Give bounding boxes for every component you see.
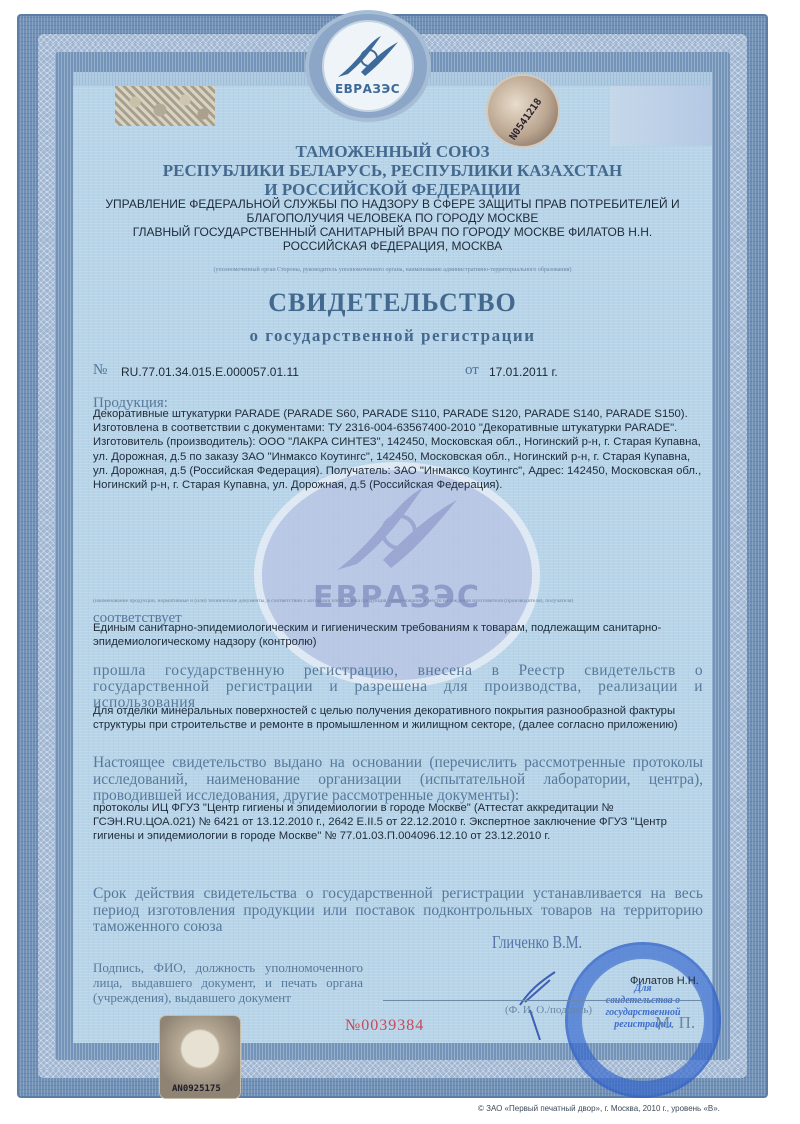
official-stamp: Для свидетельства о государственной реги… — [565, 942, 721, 1098]
handwritten-signer-name: Гличенко В.М. — [492, 932, 582, 953]
union-title-line: РЕСПУБЛИКИ БЕЛАРУСЬ, РЕСПУБЛИКИ КАЗАХСТА… — [73, 161, 712, 180]
eurasec-emblem: ЕВРАЗЭС — [305, 12, 430, 120]
eurasec-logo-icon — [333, 32, 403, 82]
union-title-line: ТАМОЖЕННЫЙ СОЮЗ — [73, 142, 712, 161]
number-label: № — [93, 362, 107, 379]
emblem-text: ЕВРАЗЭС — [305, 82, 430, 96]
hologram-strip — [115, 86, 215, 126]
usage-scope: Для отделки минеральных поверхностей с ц… — [93, 704, 703, 732]
decorative-tint — [610, 86, 712, 146]
certificate-subtitle: о государственной регистрации — [73, 326, 712, 346]
fio-caption: (Ф. И. О./подпись) — [505, 1004, 592, 1016]
basis-label: Настоящее свидетельство выдано на основа… — [93, 755, 703, 805]
printer-credit: © ЗАО «Первый печатный двор», г. Москва,… — [478, 1104, 720, 1113]
hologram-seal-top: N0541218 — [488, 76, 558, 146]
agency-line: РОССИЙСКАЯ ФЕДЕРАЦИЯ, МОСКВА — [73, 239, 712, 253]
basis-documents: протоколы ИЦ ФГУЗ "Центр гигиены и эпиде… — [93, 801, 703, 844]
signer-name: Филатов Н.Н. — [630, 975, 699, 987]
product-caption: (наименование продукции, нормативные и (… — [93, 598, 703, 604]
form-serial-number: №0039384 — [345, 1017, 424, 1035]
agency-line: БЛАГОПОЛУЧИЯ ЧЕЛОВЕКА ПО ГОРОДУ МОСКВЕ — [73, 211, 712, 225]
certificate-number: RU.77.01.34.015.Е.000057.01.11 — [121, 365, 299, 379]
watermark-logo-icon — [312, 480, 482, 580]
issuing-agency: УПРАВЛЕНИЕ ФЕДЕРАЛЬНОЙ СЛУЖБЫ ПО НАДЗОРУ… — [73, 197, 712, 253]
hologram-serial: N0541218 — [508, 97, 545, 143]
certificate-title: СВИДЕТЕЛЬСТВО — [73, 288, 712, 318]
union-title: ТАМОЖЕННЫЙ СОЮЗ РЕСПУБЛИКИ БЕЛАРУСЬ, РЕС… — [73, 142, 712, 199]
hologram-serial: AN0925175 — [172, 1084, 221, 1094]
seal-place-label: М. П. — [655, 1013, 695, 1033]
signature-caption: Подпись, ФИО, должность уполномоченного … — [93, 960, 363, 1005]
agency-line: УПРАВЛЕНИЕ ФЕДЕРАЛЬНОЙ СЛУЖБЫ ПО НАДЗОРУ… — [73, 197, 712, 211]
signature-line — [383, 1000, 703, 1001]
authority-caption: (уполномоченный орган Стороны, руководит… — [73, 267, 712, 273]
validity-statement: Срок действия свидетельства о государств… — [93, 886, 703, 936]
agency-line: ГЛАВНЫЙ ГОСУДАРСТВЕННЫЙ САНИТАРНЫЙ ВРАЧ … — [73, 225, 712, 239]
compliance-text: Единым санитарно-эпидемиологическим и ги… — [93, 621, 703, 649]
product-description: Декоративные штукатурки PARADE (PARADE S… — [93, 407, 703, 492]
hologram-seal-bottom: AN0925175 — [160, 1016, 240, 1098]
certificate-date: 17.01.2011 г. — [489, 365, 558, 379]
date-label: от — [465, 362, 479, 379]
